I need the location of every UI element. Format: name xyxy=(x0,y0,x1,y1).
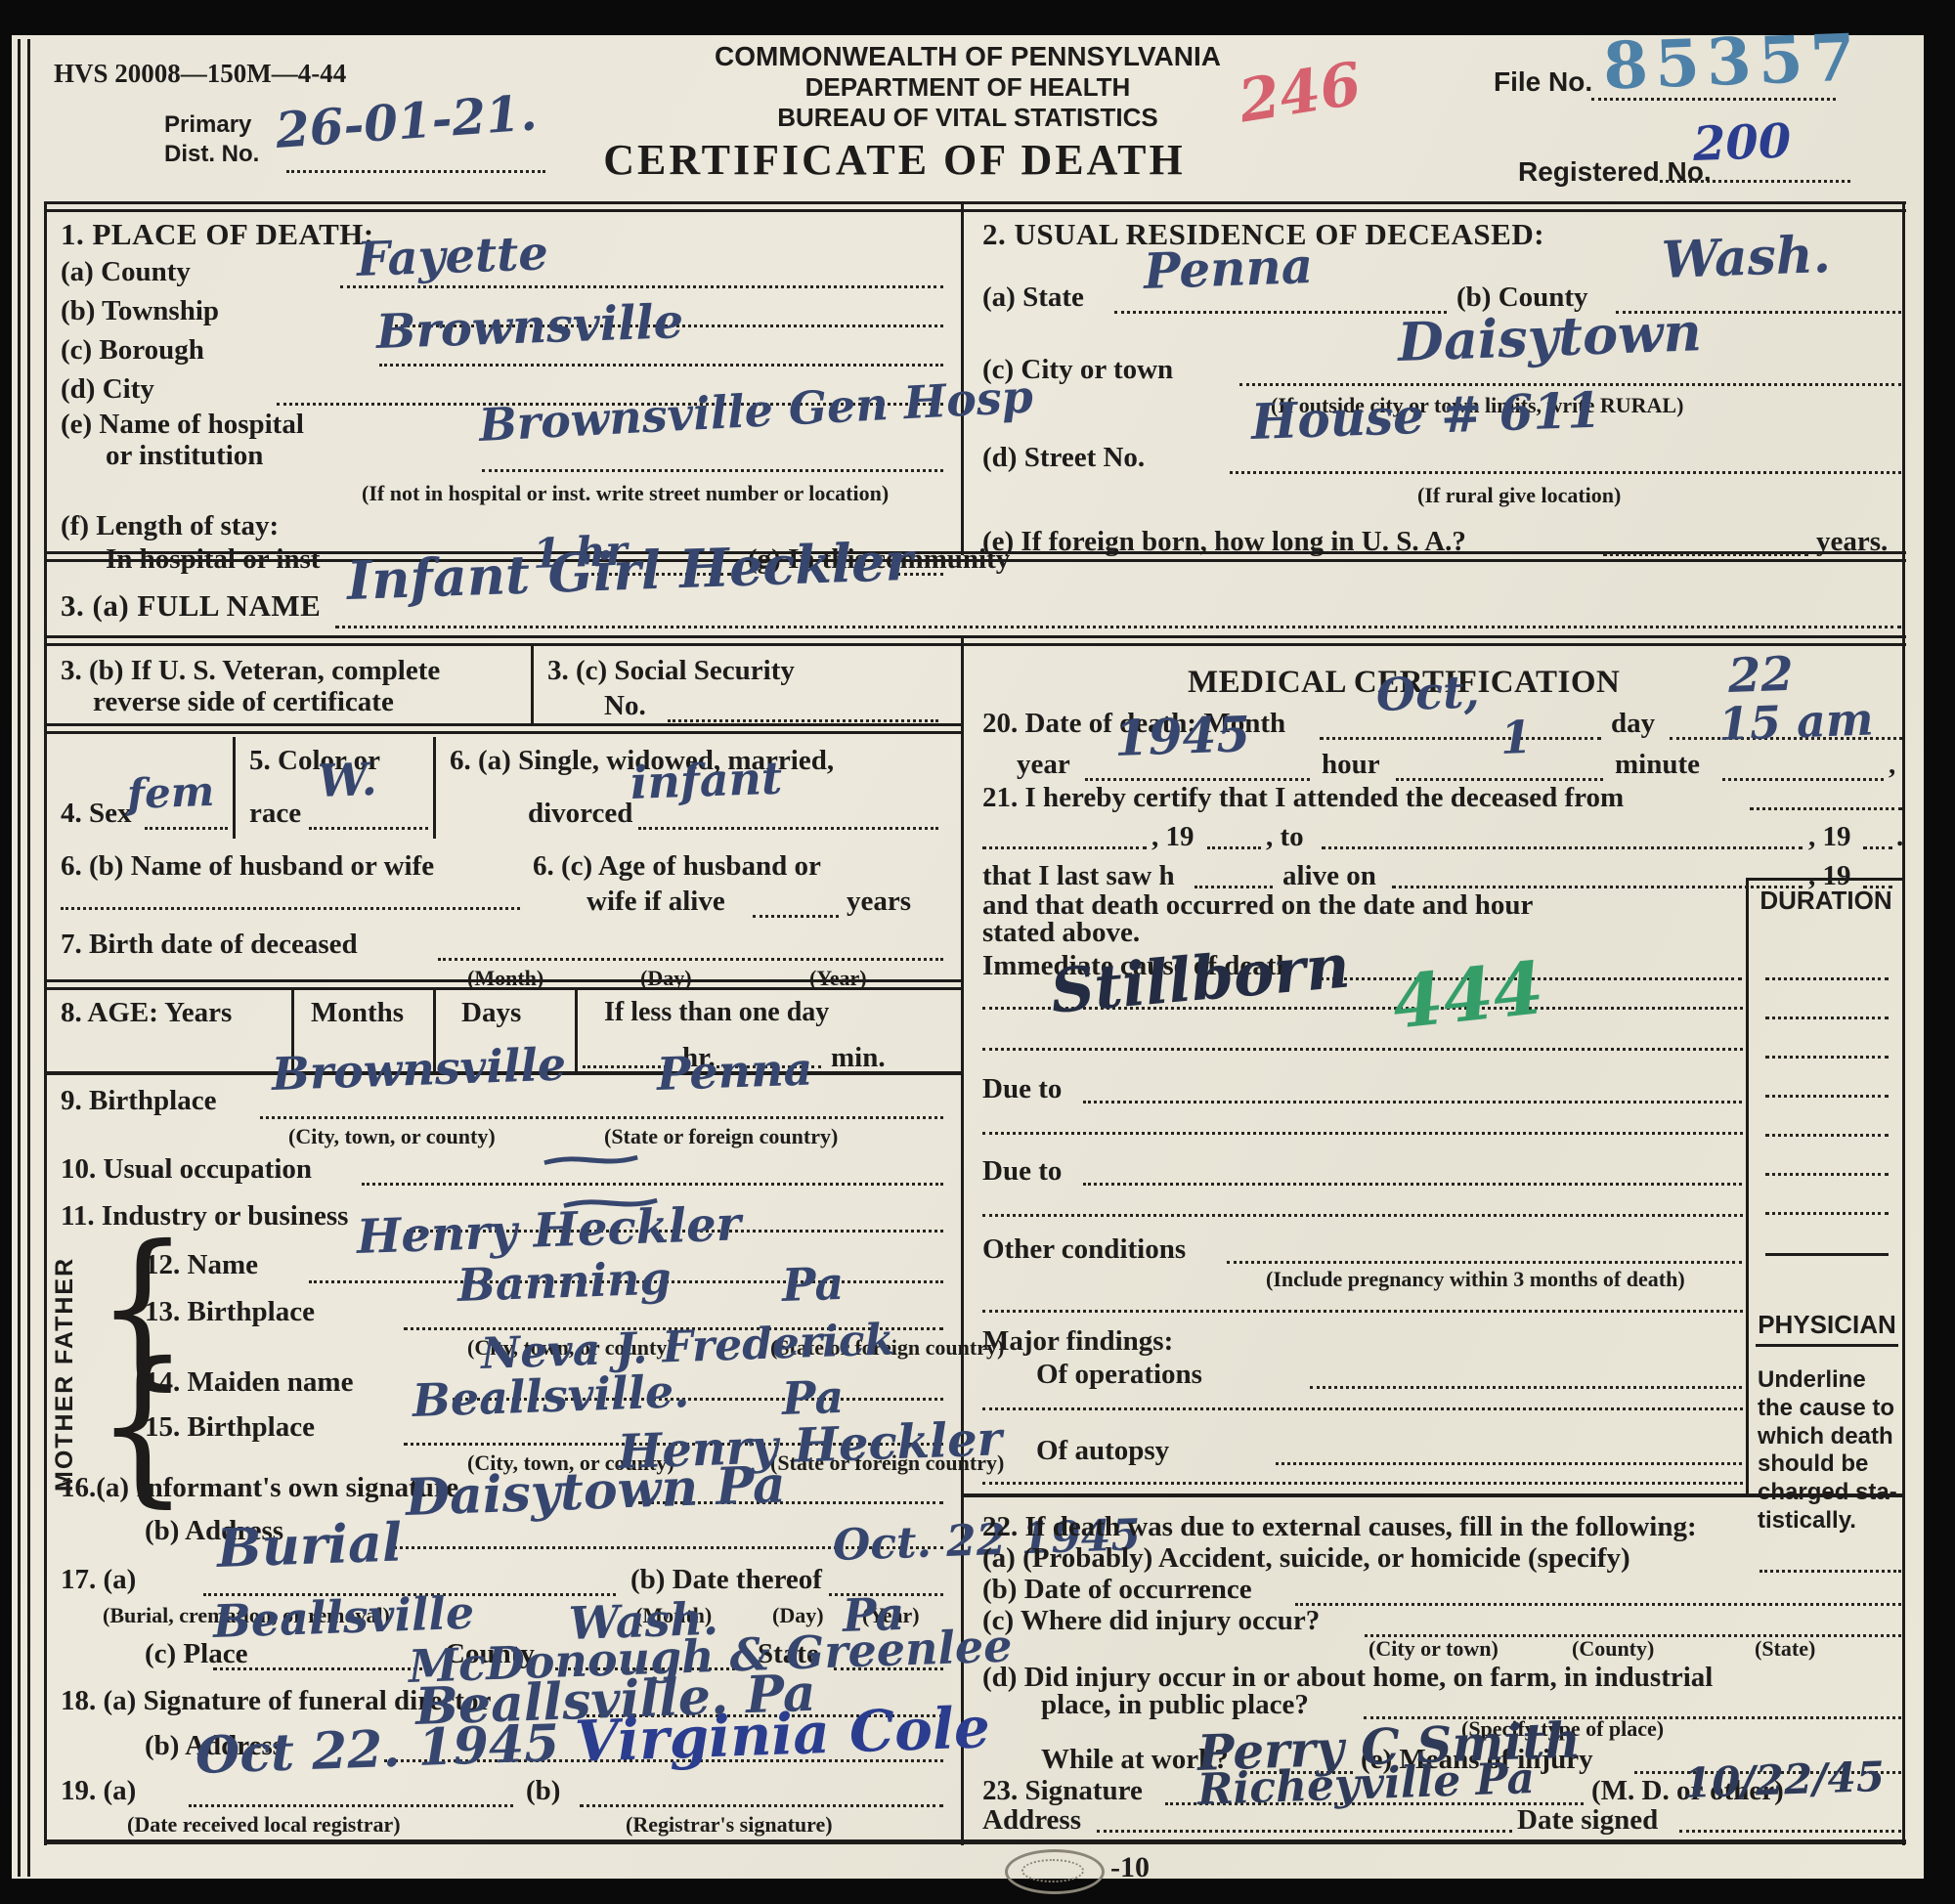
dotted-rule xyxy=(482,469,943,472)
township-label: (b) Township xyxy=(61,295,219,327)
dotted-rule xyxy=(335,626,1901,628)
hospital-label-1: (e) Name of hospital xyxy=(61,409,304,441)
residence-city-label: (c) City or town xyxy=(982,354,1173,386)
death-year-label: year xyxy=(1017,749,1070,781)
border-rule xyxy=(575,987,578,1073)
color-value: W. xyxy=(317,753,377,807)
husband-label: 6. (b) Name of husband or wife xyxy=(61,850,434,883)
form-number: HVS 20008—150M—4-44 xyxy=(54,59,346,89)
external-d-label-2: place, in public place? xyxy=(1041,1689,1309,1721)
father-name-label: 12. Name xyxy=(145,1249,258,1281)
street-hint: (If rural give location) xyxy=(1417,483,1621,508)
dotted-rule xyxy=(1765,1212,1889,1215)
dotted-rule xyxy=(753,915,839,918)
mother-maiden-label: 14. Maiden name xyxy=(145,1366,353,1399)
border-rule xyxy=(44,635,1906,646)
birthplace-label: 9. Birthplace xyxy=(61,1085,217,1117)
occupation-label: 10. Usual occupation xyxy=(61,1153,312,1186)
department-line: DEPARTMENT OF HEALTH xyxy=(626,72,1310,103)
spouse-age-label-2: wife if alive xyxy=(586,886,725,918)
dotted-rule xyxy=(1097,1830,1512,1833)
street-value: House # 611 xyxy=(1250,381,1602,451)
death-hour-label: hour xyxy=(1322,749,1380,781)
registrar-sig-label: (b) xyxy=(526,1775,560,1807)
primary-dist-label-1: Primary xyxy=(164,111,251,139)
ssn-label-2: No. xyxy=(604,690,646,722)
mother-birthplace-label: 15. Birthplace xyxy=(145,1411,315,1444)
due-to-2-label: Due to xyxy=(982,1155,1062,1188)
dotted-rule xyxy=(1759,1570,1901,1573)
dotted-rule xyxy=(1765,1095,1889,1098)
dotted-rule xyxy=(982,1482,1743,1485)
color-label-2: race xyxy=(249,798,301,830)
disposition-date-label: (b) Date thereof xyxy=(630,1564,822,1596)
registered-no-value: 200 xyxy=(1692,114,1792,172)
veteran-label-2: reverse side of certificate xyxy=(93,686,394,718)
dotted-rule xyxy=(1320,737,1601,740)
father-birthplace-state: Pa xyxy=(781,1257,845,1312)
certify-line-1: 21. I hereby certify that I attended the… xyxy=(982,782,1624,814)
bureau-line: BUREAU OF VITAL STATISTICS xyxy=(626,103,1310,133)
father-birthplace-city: Banning xyxy=(456,1251,672,1312)
age-less-label: If less than one day xyxy=(604,997,829,1028)
death-minute-label: minute xyxy=(1615,749,1700,781)
death-hour-value: 1 xyxy=(1499,711,1533,764)
green-code-value: 444 xyxy=(1389,946,1548,1046)
operations-label: Of operations xyxy=(1036,1359,1202,1391)
union-seal-icon xyxy=(1005,1849,1105,1894)
external-b-label: (b) Date of occurrence xyxy=(982,1574,1252,1606)
certify-line-3b: alive on xyxy=(1282,860,1376,892)
disposition-hint-day: (Day) xyxy=(772,1603,824,1628)
state-value: Penna xyxy=(1143,237,1314,300)
dotted-rule xyxy=(1392,886,1803,888)
border-rule xyxy=(44,723,961,734)
external-hint-state: (State) xyxy=(1755,1636,1815,1662)
death-month-value: Oct, xyxy=(1375,665,1480,721)
father-birthplace-label: 13. Birthplace xyxy=(145,1296,315,1328)
dotted-rule xyxy=(1083,1183,1742,1186)
hospital-label-2: or institution xyxy=(106,440,263,472)
dotted-rule xyxy=(1310,1386,1742,1389)
residence-city-value: Daisytown xyxy=(1397,300,1703,373)
informant-sig-label: 16.(a) Informant's own signature xyxy=(61,1472,458,1504)
autopsy-label: Of autopsy xyxy=(1036,1435,1169,1467)
veteran-label-1: 3. (b) If U. S. Veteran, complete xyxy=(61,655,440,687)
dotted-rule xyxy=(379,364,943,367)
stay-label: (f) Length of stay: xyxy=(61,510,279,542)
other-conditions-label: Other conditions xyxy=(982,1233,1186,1266)
residence-county-value: Wash. xyxy=(1661,225,1832,290)
dotted-rule xyxy=(1230,471,1901,474)
dotted-rule xyxy=(309,827,428,830)
death-minute-value: 15 am xyxy=(1717,692,1874,750)
stay-sub-label: In hospital or inst xyxy=(106,543,320,576)
commonwealth-line: COMMONWEALTH OF PENNSYLVANIA xyxy=(626,41,1310,72)
ssn-label-1: 3. (c) Social Security xyxy=(547,655,795,687)
border-rule xyxy=(44,201,1906,212)
certify-line-2b: , to xyxy=(1266,821,1304,853)
borough-label: (c) Borough xyxy=(61,334,204,367)
state-label: (a) State xyxy=(982,281,1084,314)
age-months-label: Months xyxy=(311,997,404,1029)
dotted-rule xyxy=(638,827,938,830)
dotted-rule xyxy=(982,1310,1743,1313)
external-a-label: (a) (Probably) Accident, suicide, or hom… xyxy=(982,1542,1630,1575)
full-name-label: 3. (a) FULL NAME xyxy=(61,588,321,624)
border-rule xyxy=(44,1839,1906,1844)
dotted-rule xyxy=(1083,1101,1742,1103)
marital-value: infant xyxy=(630,752,783,809)
dotted-rule xyxy=(1396,778,1603,781)
dotted-rule xyxy=(982,1214,1743,1217)
border-rule xyxy=(18,39,21,1877)
dotted-rule xyxy=(1765,1173,1889,1176)
external-c-label: (c) Where did injury occur? xyxy=(982,1605,1320,1637)
birthdate-hint-month: (Month) xyxy=(467,966,543,991)
date-signed-label: Date signed xyxy=(1517,1804,1658,1837)
dotted-rule xyxy=(1765,977,1889,980)
county-value: Fayette xyxy=(356,226,549,287)
sex-value: fem xyxy=(126,767,215,818)
foreign-born-label: (e) If foreign born, how long in U. S. A… xyxy=(982,526,1466,558)
dotted-rule xyxy=(1750,807,1902,810)
border-rule xyxy=(1746,878,1749,1495)
duration-heading: DURATION xyxy=(1748,886,1904,916)
other-conditions-hint: (Include pregnancy within 3 months of de… xyxy=(1266,1267,1685,1292)
birthdate-hint-year: (Year) xyxy=(809,966,867,991)
certify-line-2c: , 19 xyxy=(1808,821,1851,853)
dotted-rule xyxy=(1722,778,1884,781)
dotted-rule xyxy=(145,827,228,830)
death-day-label: day xyxy=(1611,708,1655,740)
birthplace-city-value: Brownsville xyxy=(271,1038,567,1101)
death-year-value: 1945 xyxy=(1113,705,1251,767)
dotted-rule xyxy=(982,1048,1743,1051)
marital-label-2: divorced xyxy=(528,798,632,830)
dotted-rule xyxy=(340,285,943,288)
dotted-rule xyxy=(61,907,520,910)
border-rule xyxy=(233,737,236,839)
certify-line-2a: , 19 xyxy=(1151,821,1195,853)
external-causes-heading: 22. If death was due to external causes,… xyxy=(982,1511,1697,1543)
dotted-rule xyxy=(1765,1056,1889,1059)
dotted-rule xyxy=(1276,1462,1742,1465)
father-vertical-label: FATHER xyxy=(51,1257,79,1364)
place-of-death-heading: 1. PLACE OF DEATH: xyxy=(61,217,374,252)
dotted-rule xyxy=(1765,1134,1889,1137)
border-rule xyxy=(1765,1253,1889,1256)
dotted-rule xyxy=(1322,846,1803,849)
commonwealth-heading: COMMONWEALTH OF PENNSYLVANIA DEPARTMENT … xyxy=(626,41,1310,133)
border-rule xyxy=(531,643,534,725)
borough-value: Brownsville xyxy=(375,294,684,360)
registrar-sig-hint: (Registrar's signature) xyxy=(626,1812,833,1838)
dotted-rule xyxy=(1863,846,1892,849)
death-certificate-scan: HVS 20008—150M—4-44 COMMONWEALTH OF PENN… xyxy=(0,0,1955,1904)
dotted-rule xyxy=(1295,1603,1901,1606)
foreign-born-suffix: years. xyxy=(1816,526,1888,558)
dotted-rule xyxy=(1679,1830,1901,1833)
certify-line-2d: . xyxy=(1896,821,1903,853)
dotted-rule xyxy=(982,1132,1743,1135)
spouse-age-label-1: 6. (c) Age of husband or xyxy=(533,850,821,883)
dotted-rule xyxy=(1603,553,1808,556)
birthdate-label: 7. Birth date of deceased xyxy=(61,929,358,961)
registrar-date-label: 19. (a) xyxy=(61,1775,136,1807)
dotted-rule xyxy=(260,1116,943,1119)
external-hint-city: (City or town) xyxy=(1368,1636,1499,1662)
border-rule xyxy=(433,737,436,839)
dotted-rule xyxy=(580,1804,943,1807)
age-min-label: min. xyxy=(831,1042,886,1074)
border-rule xyxy=(44,201,47,1845)
date-signed-value: 10/22/45 xyxy=(1682,1753,1886,1807)
external-hint-county: (County) xyxy=(1572,1636,1654,1662)
age-days-label: Days xyxy=(461,997,521,1029)
primary-dist-label-2: Dist. No. xyxy=(164,141,259,168)
certify-line-3a: that I last saw h xyxy=(982,860,1175,892)
dotted-rule xyxy=(982,846,1147,849)
city-label: (d) City xyxy=(61,373,154,406)
border-rule xyxy=(1902,201,1905,1845)
page-mark: -10 xyxy=(1110,1851,1150,1884)
dotted-rule xyxy=(1227,1261,1742,1264)
birthplace-hint-city: (City, town, or county) xyxy=(288,1124,496,1149)
hospital-hint: (If not in hospital or inst. write stree… xyxy=(362,481,889,506)
registrar-date-value: Oct 22. 1945 xyxy=(195,1713,560,1786)
spouse-age-suffix: years xyxy=(847,886,911,918)
dotted-rule xyxy=(286,170,545,173)
dotted-rule xyxy=(1207,846,1261,849)
dotted-rule xyxy=(982,1407,1743,1410)
age-label: 8. AGE: Years xyxy=(61,997,232,1029)
mother-birthplace-city: Beallsville. xyxy=(412,1364,690,1427)
physician-sig-label: 23. Signature xyxy=(982,1775,1143,1807)
physician-note: Underline the cause to which death shoul… xyxy=(1758,1366,1900,1536)
registrar-date-hint: (Date received local registrar) xyxy=(127,1812,401,1838)
county-label: (a) County xyxy=(61,256,191,288)
file-no-label: File No. xyxy=(1494,66,1592,98)
due-to-1-label: Due to xyxy=(982,1073,1062,1105)
border-rule xyxy=(27,39,30,1877)
page-title: CERTIFICATE OF DEATH xyxy=(567,135,1222,185)
file-no-stamp: 85357 xyxy=(1602,19,1863,104)
dotted-rule xyxy=(1765,1017,1889,1019)
street-label: (d) Street No. xyxy=(982,442,1145,474)
dotted-rule xyxy=(668,719,938,722)
birthplace-state-value: Penna xyxy=(656,1042,813,1101)
physician-heading: PHYSICIAN xyxy=(1756,1310,1898,1347)
registered-no-label: Registered No. xyxy=(1518,156,1712,188)
dotted-rule xyxy=(189,1804,513,1807)
birthdate-hint-day: (Day) xyxy=(640,966,692,991)
sex-label: 4. Sex xyxy=(61,798,132,830)
dotted-rule xyxy=(1195,886,1273,888)
disposition-value: Burial xyxy=(216,1510,403,1579)
dotted-rule xyxy=(438,958,943,961)
dotted-rule xyxy=(1085,778,1310,781)
major-findings-label: Major findings: xyxy=(982,1325,1173,1358)
physician-addr-label: Address xyxy=(982,1804,1081,1837)
death-comma: , xyxy=(1889,749,1895,781)
certify-line-5: stated above. xyxy=(982,917,1140,949)
disposition-label: 17. (a) xyxy=(61,1564,136,1596)
